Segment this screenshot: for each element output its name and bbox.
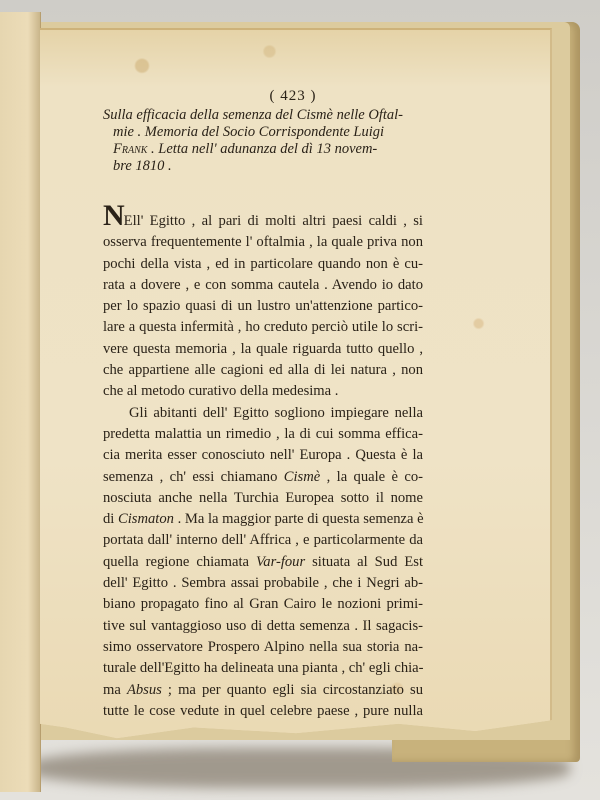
paragraph-line: che al metodo curativo della medesima . [103,381,423,402]
page-text: ( 423 ) Sulla efficacia della semenza de… [103,88,423,722]
body-text: NEll' Egitto , al pari di molti altri pa… [103,205,423,722]
heading-line: Frank . Letta nell' adunanza del dì 13 n… [103,141,423,158]
heading-line: Sulla efficacia della semenza del Cismè … [103,107,423,124]
paragraph-line: simo osservatore Prospero Alpino nella s… [103,637,423,658]
heading-line: bre 1810 . [103,158,423,175]
paragraph-line: per lo spazio quasi di un lustro un'atte… [103,296,423,317]
paragraph-line: predetta malattia un rimedio , la di cui… [103,424,423,445]
paragraph-line: tive sul vantaggioso uso di detta semenz… [103,616,423,637]
author-surname: Frank [113,141,147,157]
paragraph-line: semenza , ch' essi chiamano Cismè , la q… [103,467,423,488]
paragraph-line: biano propagato fino al Gran Cairo le no… [103,594,423,615]
paragraph-line: nosciuta anche nella Turchia Europea sot… [103,488,423,509]
paragraph-line: osserva frequentemente l' oftalmia , la … [103,232,423,253]
paragraph-line: quella regione chiamata Var-four situata… [103,552,423,573]
paragraph-line: rata a dovere , e con somma cautela . Av… [103,275,423,296]
left-page-edge [0,12,41,792]
paragraph-line: pochi della vista , ed in particolare qu… [103,254,423,275]
italic-term: Cismaton [118,511,174,527]
article-heading: Sulla efficacia della semenza del Cismè … [103,107,423,175]
page-number: ( 423 ) [163,88,423,105]
drop-cap: N [103,199,124,232]
paragraph-line: di Cismaton . Ma la maggior parte di que… [103,509,423,530]
paragraph-line: Gli abitanti dell' Egitto sogliono impie… [103,403,423,424]
italic-term: Var-four [256,554,305,570]
paragraph-line: NEll' Egitto , al pari di molti altri pa… [103,205,423,232]
heading-line: mie . Memoria del Socio Corrispondente L… [103,124,423,141]
italic-term: Cismè [284,469,320,485]
paragraph-line: tutte le cose vedute in quel celebre pae… [103,701,423,722]
paragraph-line: cia merita esser conosciuto nell' Europa… [103,445,423,466]
paragraph-line: che appartiene alle cagioni ed alla di l… [103,360,423,381]
paragraph-line: dell' Egitto . Sembra assai probabile , … [103,573,423,594]
paragraph-line: lare a questa infermità , ho creduto per… [103,317,423,338]
paragraph-line: ma Absus ; ma per quanto egli sia circos… [103,680,423,701]
italic-term: Absus [127,682,162,698]
paragraph-line: portata dall' interno dell' Affrica , e … [103,530,423,551]
paragraph-line: turale dell'Egitto ha delineata una pian… [103,658,423,679]
paragraph-line: vere questa memoria , la quale riguarda … [103,339,423,360]
